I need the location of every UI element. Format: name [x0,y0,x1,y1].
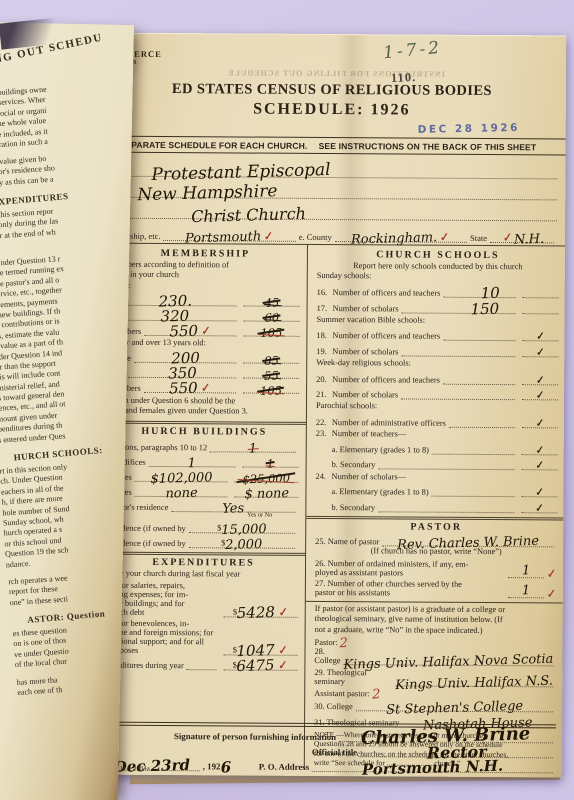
q23b-check-field: ✓ [522,458,558,470]
schedule-page: MMERCE NSUS 1-7-2 110. INSTRUCTIONS FOR … [84,33,567,778]
church-name-line: Christ Church [113,198,557,222]
q18-number: 18. [316,331,332,340]
q18-row: 18. Number of officers and teachers ✓ [316,327,558,341]
pastor-label: Pastor: [315,638,338,647]
q20-check-field: ✓ [522,373,558,385]
po-address-field: Portsmouth N.H. [312,759,553,773]
q23b-label: b. Secondary [332,460,376,469]
expenditures-heading: EXPENDITURES [109,556,298,568]
q19-number: 19. [316,347,332,356]
signature-label: Signature of person furnishing informati… [174,731,336,742]
membership-intro: members according to definition of mber … [111,260,300,282]
vacation-schools-label: Summer vacation Bible schools: [316,314,558,326]
q24a-row: a. Elementary (grades 1 to 8) ✓ [315,483,557,497]
residence-value-row: residence (if owned by $15,000 [109,519,298,533]
check-icon: ✓ [201,382,210,395]
q27-value: 1 [521,584,530,597]
q19-label: Number of scholars [332,347,398,356]
county-value: Rockingham. [351,231,438,246]
po-address-label: P. O. Address [259,762,309,772]
photo-scene: MMERCE NSUS 1-7-2 110. INSTRUCTIONS FOR … [0,0,574,800]
instructions-paragraph-schools2: rch operates a wee report for these one”… [8,569,132,608]
total-expenditures-row: penditures during year $6475✓ [108,656,297,670]
benevolences-row: ed for benevolences, in- home and foreig… [108,618,297,655]
q17-extra-field [523,302,559,314]
q23-label: Number of teachers— [332,429,406,438]
instructions-paragraph-12: 12. The value given bo the pastor's resi… [0,151,97,190]
q23a-field [432,441,515,455]
q17-label: Number of scholars [333,304,399,313]
q18-check-field: ✓ [522,329,558,341]
q20-number: 20. [316,374,332,383]
section-rule [306,516,563,521]
residence-debt-field: $2,000 [189,535,296,549]
form-header: MMERCE NSUS 1-7-2 110. INSTRUCTIONS FOR … [114,37,559,156]
check-icon: ✓ [536,332,545,344]
location-line: township, etc. Portsmouth ✓ e. County Ro… [113,219,557,244]
check-icon: ✓ [264,231,273,244]
membership-row-female: 320 60 [111,307,300,321]
signature-row: Signature of person furnishing informati… [104,728,556,744]
official-title-label: Official title [312,747,357,757]
total2-crossed-value: 105 [260,385,282,397]
q24b-row: b. Secondary ✓ [315,499,557,513]
form-number: 11—9084a [120,766,150,772]
q22-check-field: ✓ [522,416,558,428]
section-rule [106,420,306,424]
check-icon: ✓ [278,645,287,658]
benevolences-label: ed for benevolences, in- home and foreig… [108,618,219,655]
section-rule [306,601,563,604]
q16-field: 10 [443,285,515,298]
check-icon: ✓ [547,568,556,581]
total-expenditures-fill [187,657,217,670]
membership-row-male: 230. 45 [111,292,300,306]
buildings-intro-field: 1 [210,439,296,453]
instructions-paragraph-pastor: es these question on is one of thos ve u… [12,621,134,671]
schedule-form: MMERCE NSUS 1-7-2 110. INSTRUCTIONS FOR … [84,33,567,778]
q30-field: St Stephen's College [356,698,553,712]
other-edifices-amount-field: $ none [234,484,298,497]
check-icon: ✓ [536,347,545,359]
edifices-field: 1 [149,453,236,467]
q24-row: 24. Number of scholars— [316,472,558,482]
q16-label: Number of officers and teachers [333,288,441,298]
membership-row-total2: members 550✓ 105 [110,380,299,394]
residence-debt-row: residence (if owned by $2,000 [109,534,298,548]
city-field: Portsmouth ✓ [163,228,295,242]
edifice-old-field: $25,000 [235,469,299,482]
q24-label: Number of scholars— [332,472,406,481]
county-label: e. County [299,232,332,242]
residence-row: pastor's residence Yes [109,498,298,512]
denomination-line: Protestant Episcopal [113,156,557,180]
salaries-row: ed for salaries, repairs, nning expenses… [109,580,298,617]
form-columns: MEMBERSHIP members according to definiti… [104,243,565,771]
instructions-paragraph-bottom: has more tha each one of th [16,670,134,699]
buildings-intro-row: ructions, paragraphs 10 to 12 1 [110,438,299,452]
date-printed-year: , 192 [203,761,221,771]
under13-old-field: 85 [243,351,299,364]
q26-row: 26. Number of ordained ministers, if any… [315,558,557,577]
instructions-content: FILLING OUT SCHEDU use or of buildings o… [0,37,134,707]
q29-value: Kings Univ. Halifax N.S. [396,674,554,692]
edifices-old-field: 1 [243,454,299,467]
q20-field [443,371,515,384]
other-edifices-field: none [135,483,228,497]
right-column: CHURCH SCHOOLS Report here only schools … [305,245,565,771]
check-icon: ✓ [547,589,556,602]
q17-row: 17. Number of scholars 150 [317,299,559,313]
state-field: ✓ N.H. [490,230,554,243]
total-members-field: 550✓ [144,323,236,337]
church-name-value: Christ Church [191,206,306,225]
q23a-label: a. Elementary (grades 1 to 8) [332,445,429,455]
residence-field: Yes [171,499,295,513]
total2-old-field: 105 [243,380,299,393]
check-icon: ✓ [536,391,545,403]
total-expenditures-value: 6475 [237,658,276,674]
q24b-label: b. Secondary [331,503,375,512]
check-icon: ✓ [278,660,287,673]
check-icon: ✓ [536,375,545,387]
q16-number: 16. [317,288,333,297]
edifice-value-row: difices $102,000 $25,000 [110,468,299,482]
q17-number: 17. [317,303,333,312]
schools-heading: CHURCH SCHOOLS [317,249,559,261]
q28-row: 28. College Kings Univ. Halifax Nova Sco… [314,647,556,666]
instructions-paragraph-14: 14. Under Question 13 r ght be termed ru… [0,251,117,446]
check-icon: ✓ [440,232,449,245]
state-line: New Hampshire [113,177,557,201]
check-icon: ✓ [201,325,210,338]
q19-field [401,343,515,357]
bleed-through-text: INSTRUCTIONS FOR FILLING OUT SCHEDULE [114,68,558,80]
membership-note: given under Question 6 should be the ale… [110,396,299,418]
membership-row-total: members 550✓ 105 [110,322,299,336]
residence-debt-amount: 2,000 [225,537,263,551]
q26-field: 1 [508,566,544,578]
q20-label: Number of officers and teachers [332,375,440,385]
signature-field: Charles W. Brine [339,729,553,743]
instructions-page: FILLING OUT SCHEDU use or of buildings o… [0,22,134,800]
female-field: 320 [114,307,237,321]
assistant-pastor-label: Assistant pastor: [314,689,370,698]
total-expenditures-field: $6475✓ [223,657,297,670]
q26-value: 1 [521,564,530,577]
instruction-bar: SEPARATE SCHEDULE FOR EACH CHURCH. SEE I… [88,136,566,156]
date-year-value: 6 [220,760,231,775]
q19-row: 19. Number of scholars ✓ [316,343,558,357]
expenditures-intro: d by your church during last fiscal year [109,568,298,579]
q23-row: 23. Number of teachers— [316,429,558,439]
q30-row: 30. College St Stephen's College [314,698,556,712]
county-field: Rockingham. ✓ [335,229,467,243]
q29-field: Kings Univ. Halifax N.S. [396,673,554,687]
parochial-schools-label: Parochial schools: [316,401,558,413]
membership-heading: MEMBERSHIP [111,248,300,260]
check-icon: ✓ [535,445,544,457]
under13-field: 200 [134,350,236,364]
female-old-field: 60 [244,308,300,321]
q23-number: 23. [316,429,332,438]
q24b-check-field: ✓ [521,501,557,513]
q21-label: Number of scholars [332,390,398,399]
check-icon: ✓ [535,488,544,500]
q28-field: Kings Univ. Halifax Nova Scotia [343,652,553,666]
city-value: Portsmouth [185,230,262,245]
q16-extra-field [523,286,559,298]
q17-field: 150 [402,300,516,314]
q27-label: 27. Number of other churches served by t… [315,579,504,598]
check-icon: ✓ [535,461,544,473]
q24a-check-field: ✓ [521,485,557,497]
q22-number: 22. [316,418,332,427]
q19-check-field: ✓ [522,345,558,357]
sex-label: y sex: [111,280,300,291]
q25-field: Rev. Charles W. Brine [382,533,554,547]
po-address-value: Portsmouth N.H. [362,759,504,778]
signature-block: Signature of person furnishing informati… [104,722,556,774]
benevolences-field: $1047✓ [223,642,297,655]
instructions-paragraph-13: 13. In this section repor hurch only dur… [0,203,102,253]
pastor-red-mark: 2 [340,637,349,650]
pastor-name-value: Rev. Charles W. Brine [397,535,539,552]
q18-label: Number of officers and teachers [332,331,440,341]
q18-field [443,328,515,341]
q22-row: 22. Number of administrative officers ✓ [316,414,558,428]
buildings-heading: HURCH BUILDINGS [110,425,299,437]
residence-value: Yes [222,502,244,516]
q27-row: 27. Number of other churches served by t… [315,579,557,598]
q23a-row: a. Elementary (grades 1 to 8) ✓ [316,441,558,455]
check-icon: ✓ [503,232,512,245]
membership-row-under13: of age 200 85 [110,350,299,364]
salaries-label: ed for salaries, repairs, nning expenses… [109,580,220,617]
state-label: State [470,233,487,243]
q21-row: 21. Number of scholars ✓ [316,386,558,400]
membership-row-over13: over 350 55 [110,365,299,379]
q23b-field [378,457,514,471]
other-edifices-row: difices none $ none [109,483,298,497]
check-icon: ✓ [536,418,545,430]
residence-value-field: $15,000 [189,520,296,534]
q30-label: 30. College [314,702,353,711]
state-abbrev-value: N.H. [513,233,544,247]
over13-old-field: 55 [243,365,299,378]
total2-value: 550 [169,381,198,397]
q22-label: Number of administrative officers [332,418,446,428]
q24a-field [432,484,515,498]
total-old-field: 105 [243,323,299,336]
q24-number: 24. [316,472,332,481]
q21-field [401,386,515,400]
instructions-paragraph-schools: rt in this section only ch. Under Questi… [0,459,128,571]
left-column: MEMBERSHIP members according to definiti… [104,244,308,770]
official-title-field: Rector [360,744,553,758]
total2-field: 550✓ [144,380,236,394]
q22-field [449,415,515,428]
graduate-note: If pastor (or assistant pastor) is a gra… [315,604,557,636]
pencil-annotation: 1-7-2 [382,38,443,64]
male-field: 230. [114,292,237,306]
q24b-field [378,499,514,513]
salaries-value: 5428 [237,605,276,621]
q17-value: 150 [471,301,500,317]
q20-row: 20. Number of officers and teachers ✓ [316,370,558,384]
date-address-row: Dec 23rd , 192 6 P. O. Address Portsmout… [104,758,556,774]
q16-row: 16. Number of officers and teachers 10 [317,284,559,298]
pastor-heading: PASTOR [315,521,557,533]
form-subtitle: SCHEDULE: 1926 [106,100,558,121]
edifice-value-field: $102,000 [135,468,228,482]
received-date-stamp: DEC 28 1926 [417,122,519,136]
check-icon: ✓ [278,607,287,620]
over13-field: 350 [128,365,236,379]
q26-label: 26. Number of ordained ministers, if any… [315,558,504,577]
weekday-schools-label: Week-day religious schools: [316,358,558,370]
q25-label: 25. Name of pastor [315,537,379,546]
q24a-label: a. Elementary (grades 1 to 8) [331,487,428,497]
male-old-field: 45 [244,293,300,306]
q21-number: 21. [316,390,332,399]
q27-field: 1 [508,586,544,598]
q23b-row: b. Secondary ✓ [316,456,558,470]
total-crossed-value: 105 [260,328,282,340]
q25-row: 25. Name of pastor Rev. Charles W. Brine [315,533,557,547]
instructions-paragraph: use or of buildings owne religious servi… [0,82,93,152]
identification-entries: Protestant Episcopal New Hampshire Chris… [113,156,558,244]
total-members-value: 550 [169,323,198,339]
form-title: ED STATES CENSUS OF RELIGIOUS BODIES [106,81,558,101]
check-icon: ✓ [535,503,544,515]
salaries-field: $5428✓ [224,604,298,617]
q28-label: 28. College [314,647,340,665]
sunday-schools-label: Sunday schools: [317,271,559,283]
edifices-row: ch edifices 1 1 [110,453,299,467]
q21-check-field: ✓ [522,388,558,400]
q23a-check-field: ✓ [522,443,558,455]
section-rule [105,551,305,555]
